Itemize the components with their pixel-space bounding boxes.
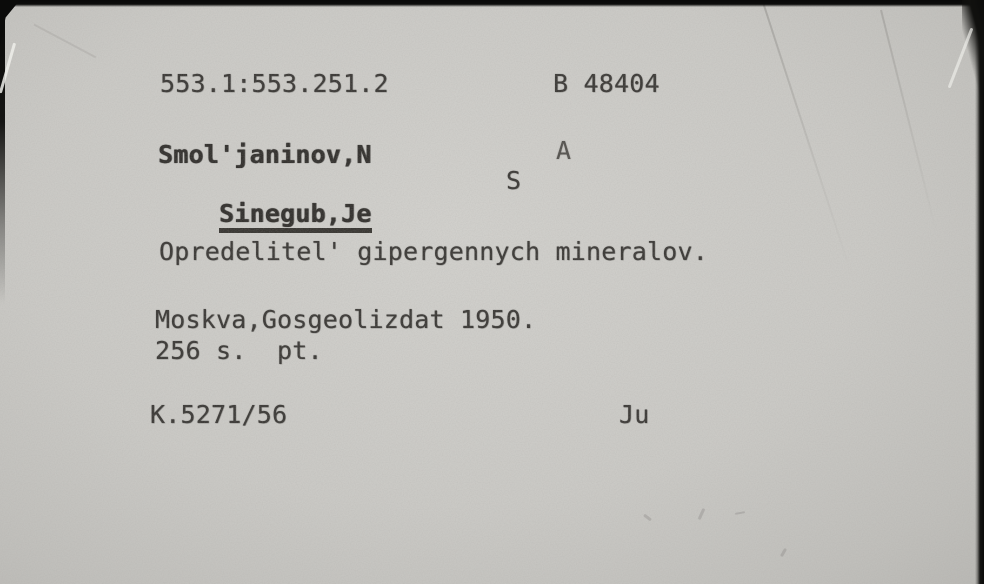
cataloger-initials: Ju [619, 401, 650, 429]
filing-mark-s: S [506, 167, 521, 195]
author-primary: Smol'janinov,N [158, 141, 372, 169]
catalog-card-scan: 553.1:553.251.2 B 48404 Smol'janinov,N A… [0, 0, 984, 584]
paper-grain-texture [0, 0, 984, 584]
scan-edge-right-top [962, 0, 984, 100]
pencil-smudge [780, 548, 787, 557]
pencil-smudge [735, 511, 745, 515]
paper-crease [34, 24, 97, 58]
filing-mark-a: A [556, 137, 571, 165]
paper-crease [880, 10, 938, 234]
collation-line: 256 s. pt. [155, 337, 323, 365]
pencil-smudge [698, 508, 706, 520]
call-number: B 48404 [553, 70, 660, 98]
author-secondary-underlined: Sinegub,Je [219, 200, 372, 234]
title: Opredelitel' gipergennych mineralov. [159, 238, 708, 266]
accession-number: K.5271/56 [150, 401, 287, 429]
imprint-line: Moskva,Gosgeolizdat 1950. [155, 306, 536, 334]
paper-crease [758, 0, 853, 276]
scan-edge-top [0, 0, 984, 7]
scan-edge-left [0, 0, 5, 304]
classification-number: 553.1:553.251.2 [160, 70, 389, 98]
pencil-smudge [643, 514, 652, 522]
